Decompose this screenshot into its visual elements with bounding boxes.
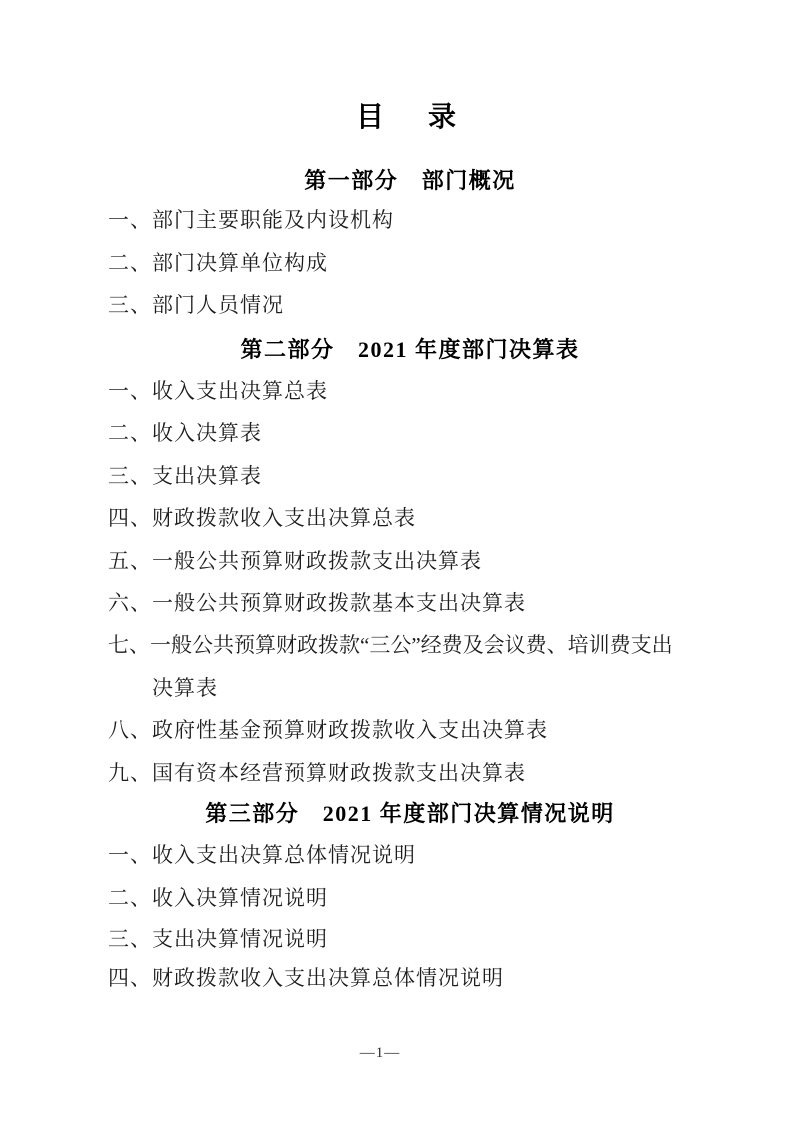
toc-entry: 四、财政拨款收入支出决算总表 — [108, 508, 416, 529]
section-heading-part1: 第一部分 部门概况 — [27, 170, 793, 192]
toc-entry: 六、一般公共预算财政拨款基本支出决算表 — [108, 593, 526, 614]
section-heading-part2: 第二部分 2021 年度部门决算表 — [27, 339, 793, 361]
toc-entry: 二、收入决算情况说明 — [108, 888, 328, 909]
toc-entry: 八、政府性基金预算财政拨款收入支出决算表 — [108, 720, 548, 741]
toc-entry: 三、部门人员情况 — [108, 295, 284, 316]
toc-title: 目 录 — [27, 104, 793, 132]
toc-entry: 四、财政拨款收入支出决算总体情况说明 — [108, 968, 504, 989]
document-page: 目 录 第一部分 部门概况 一、部门主要职能及内设机构 二、部门决算单位构成 三… — [0, 0, 793, 1122]
toc-entry: 九、国有资本经营预算财政拨款支出决算表 — [108, 763, 526, 784]
section-heading-part3: 第三部分 2021 年度部门决算情况说明 — [27, 803, 793, 825]
toc-entry: 五、一般公共预算财政拨款支出决算表 — [108, 551, 482, 572]
page-number: —1— — [0, 1046, 760, 1061]
toc-entry: 一、收入支出决算总体情况说明 — [108, 845, 416, 866]
toc-entry: 一、部门主要职能及内设机构 — [108, 210, 394, 231]
toc-entry: 二、收入决算表 — [108, 423, 262, 444]
toc-entry: 一、收入支出决算总表 — [108, 381, 328, 402]
toc-entry: 三、支出决算情况说明 — [108, 929, 328, 950]
toc-entry: 三、支出决算表 — [108, 466, 262, 487]
toc-entry-continuation: 决算表 — [152, 678, 218, 699]
toc-entry: 二、部门决算单位构成 — [108, 253, 328, 274]
toc-entry: 七、一般公共预算财政拨款“三公”经费及会议费、培训费支出 — [108, 635, 673, 656]
